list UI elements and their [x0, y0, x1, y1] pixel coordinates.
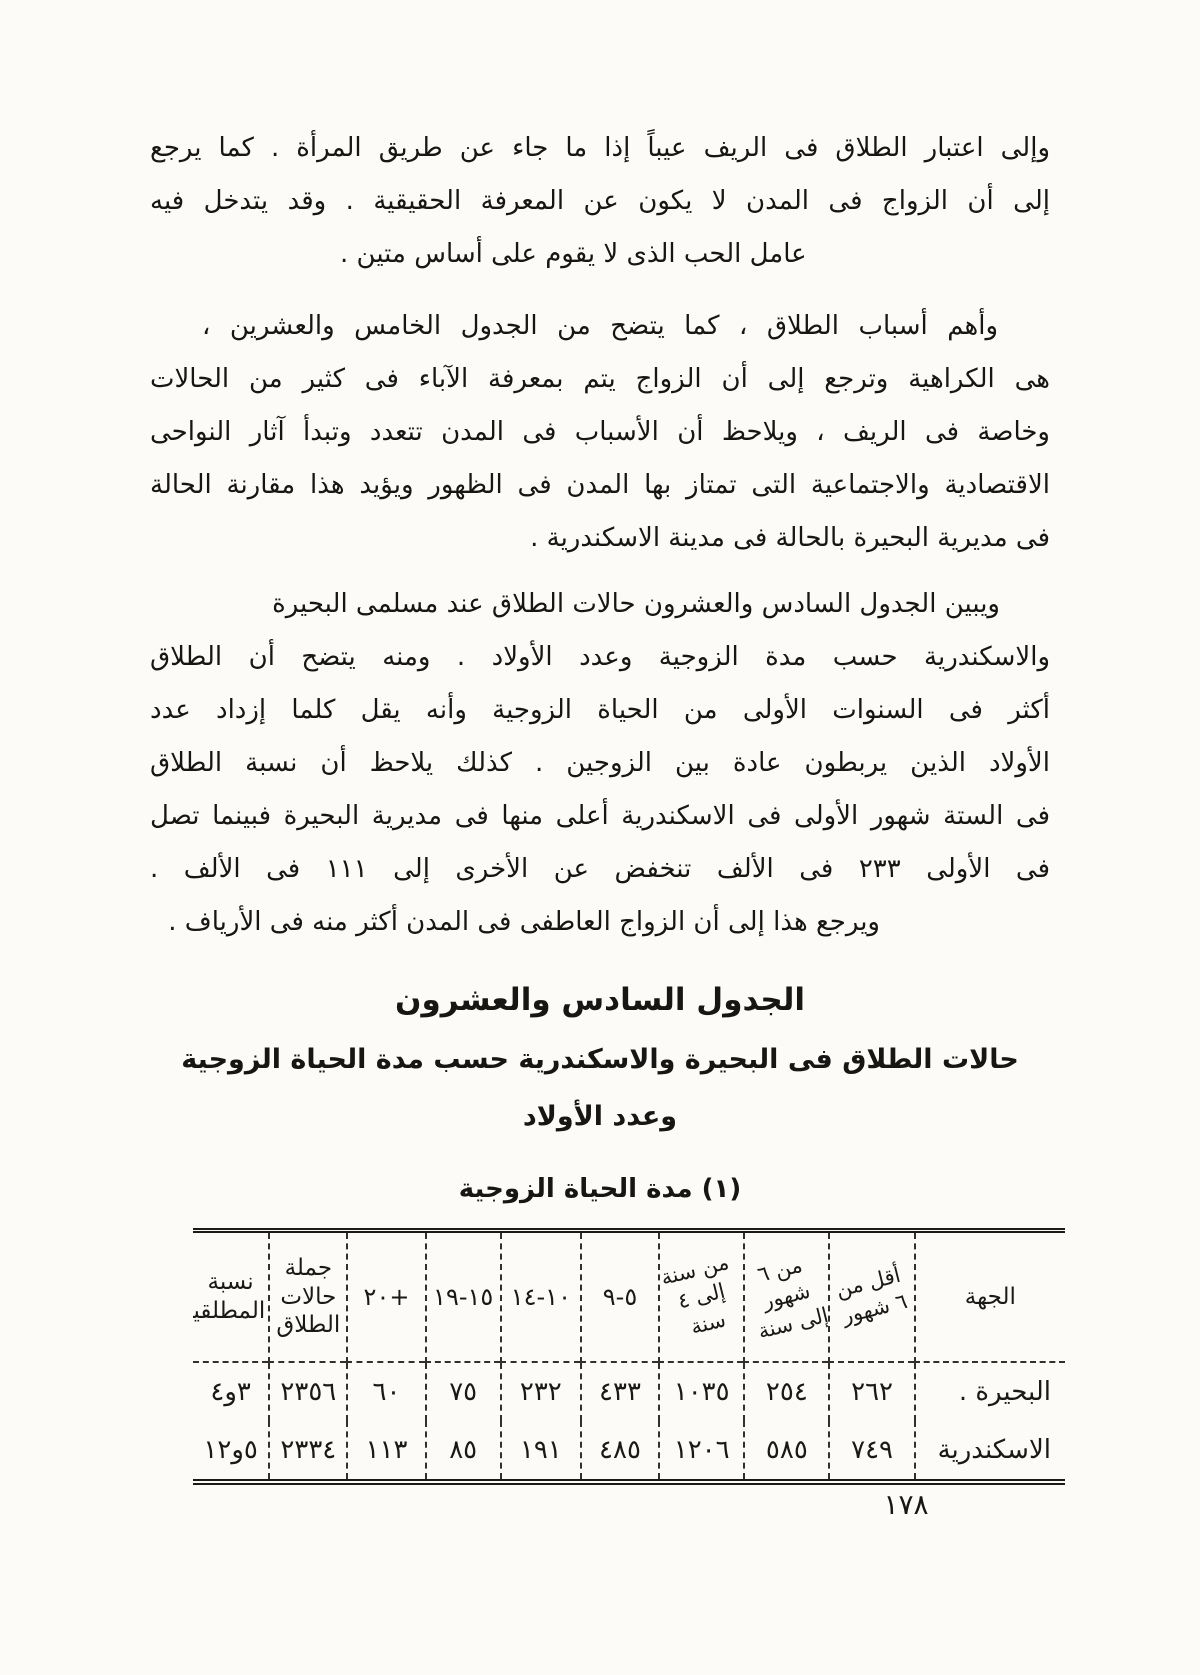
- page-number: ١٧٨: [858, 1488, 954, 1521]
- col-header-label: أقل من ٦ شهور: [829, 1261, 914, 1333]
- paragraph-line: وإلى اعتبار الطلاق فى الريف عيباً إذا ما…: [150, 122, 1050, 175]
- paragraph-line: ويرجع هذا إلى أن الزواج العاطفى فى المدن…: [150, 896, 1050, 949]
- paragraph-line: هى الكراهية وترجع إلى أن الزواج يتم بمعر…: [150, 353, 1050, 406]
- paragraph-line: فى الأولى ٢٣٣ فى الألف تنخفض عن الأخرى إ…: [150, 843, 1050, 896]
- paragraph-line: والاسكندرية حسب مدة الزوجية وعدد الأولاد…: [150, 631, 1050, 684]
- table-subtitle-line2: وعدد الأولاد: [150, 1101, 1050, 1132]
- cell-value: ٢٥٤: [744, 1362, 829, 1421]
- divorce-duration-table: الجهة أقل من ٦ شهور من ٦ شهور إلى سنة من…: [193, 1228, 1065, 1485]
- cell-value: ٣و٤: [193, 1362, 269, 1421]
- cell-value: ٤٨٥: [581, 1421, 659, 1482]
- table-title: الجدول السادس والعشرون: [150, 982, 1050, 1018]
- cell-value: ٤٣٣: [581, 1362, 659, 1421]
- scanned-book-page: وإلى اعتبار الطلاق فى الريف عيباً إذا ما…: [0, 0, 1200, 1675]
- col-header-total-divorces: جملة حالات الطلاق: [269, 1231, 347, 1363]
- cell-value: ٢٦٢: [829, 1362, 914, 1421]
- col-header-6m-to-1y: من ٦ شهور إلى سنة: [744, 1231, 829, 1363]
- cell-value: ١٢٠٦: [659, 1421, 744, 1482]
- cell-value: ٢٣٥٦: [269, 1362, 347, 1421]
- cell-value: ١٩١: [501, 1421, 581, 1482]
- cell-value: ٦٠: [347, 1362, 425, 1421]
- cell-value: ١٠٣٥: [659, 1362, 744, 1421]
- paragraph-3: ويبين الجدول السادس والعشرون حالات الطلا…: [150, 578, 1050, 949]
- cell-value: ٧٤٩: [829, 1421, 914, 1482]
- col-header-divorced-ratio: نسبة المطلقين: [193, 1231, 269, 1363]
- paragraph-line: فى مديرية البحيرة بالحالة فى مدينة الاسك…: [150, 512, 1050, 565]
- table-section-label: (١) مدة الحياة الزوجية: [150, 1174, 1050, 1204]
- table-header-row: الجهة أقل من ٦ شهور من ٦ شهور إلى سنة من…: [193, 1231, 1065, 1363]
- paragraph-line: فى الستة شهور الأولى فى الاسكندرية أعلى …: [150, 790, 1050, 843]
- paragraph-2: وأهم أسباب الطلاق ، كما يتضح من الجدول ا…: [150, 300, 1050, 565]
- table-subtitle: حالات الطلاق فى البحيرة والاسكندرية حسب …: [150, 1044, 1050, 1075]
- paragraph-line: أكثر فى السنوات الأولى من الحياة الزوجية…: [150, 684, 1050, 737]
- table-row-alexandria: الاسكندرية ٧٤٩ ٥٨٥ ١٢٠٦ ٤٨٥ ١٩١ ٨٥ ١١٣ ٢…: [193, 1421, 1065, 1482]
- cell-value: ٧٥: [426, 1362, 501, 1421]
- table-row-beheira: البحيرة . ٢٦٢ ٢٥٤ ١٠٣٥ ٤٣٣ ٢٣٢ ٧٥ ٦٠ ٢٣٥…: [193, 1362, 1065, 1421]
- paragraph-1: وإلى اعتبار الطلاق فى الريف عيباً إذا ما…: [150, 122, 1050, 281]
- cell-value: ٥و١٢: [193, 1421, 269, 1482]
- col-header-5-9: ٥-٩: [581, 1231, 659, 1363]
- cell-value: ٥٨٥: [744, 1421, 829, 1482]
- paragraph-line: وخاصة فى الريف ، ويلاحظ أن الأسباب فى ال…: [150, 406, 1050, 459]
- col-header-label: من ٦ شهور إلى سنة: [744, 1248, 829, 1346]
- cell-value: ١١٣: [347, 1421, 425, 1482]
- col-header-label: من سنة إلى ٤ سنة: [659, 1248, 744, 1346]
- cell-value: ٨٥: [426, 1421, 501, 1482]
- col-header-under-6-months: أقل من ٦ شهور: [829, 1231, 914, 1363]
- paragraph-line: الأولاد الذين يربطون عادة بين الزوجين . …: [150, 737, 1050, 790]
- row-label-alexandria: الاسكندرية: [915, 1421, 1065, 1482]
- paragraph-line: إلى أن الزواج فى المدن لا يكون عن المعرف…: [150, 175, 1050, 228]
- cell-value: ٢٣٢: [501, 1362, 581, 1421]
- paragraph-line: ويبين الجدول السادس والعشرون حالات الطلا…: [150, 578, 1050, 631]
- col-header-10-14: ١٠-١٤: [501, 1231, 581, 1363]
- col-header-region: الجهة: [915, 1231, 1065, 1363]
- paragraph-line: عامل الحب الذى لا يقوم على أساس متين .: [150, 228, 1050, 281]
- paragraph-line: الاقتصادية والاجتماعية التى تمتاز بها ال…: [150, 459, 1050, 512]
- cell-value: ٢٣٣٤: [269, 1421, 347, 1482]
- paragraph-line: وأهم أسباب الطلاق ، كما يتضح من الجدول ا…: [150, 300, 1050, 353]
- row-label-beheira: البحيرة .: [915, 1362, 1065, 1421]
- col-header-20-plus: +٢٠: [347, 1231, 425, 1363]
- col-header-1y-to-4y: من سنة إلى ٤ سنة: [659, 1231, 744, 1363]
- col-header-15-19: ١٥-١٩: [426, 1231, 501, 1363]
